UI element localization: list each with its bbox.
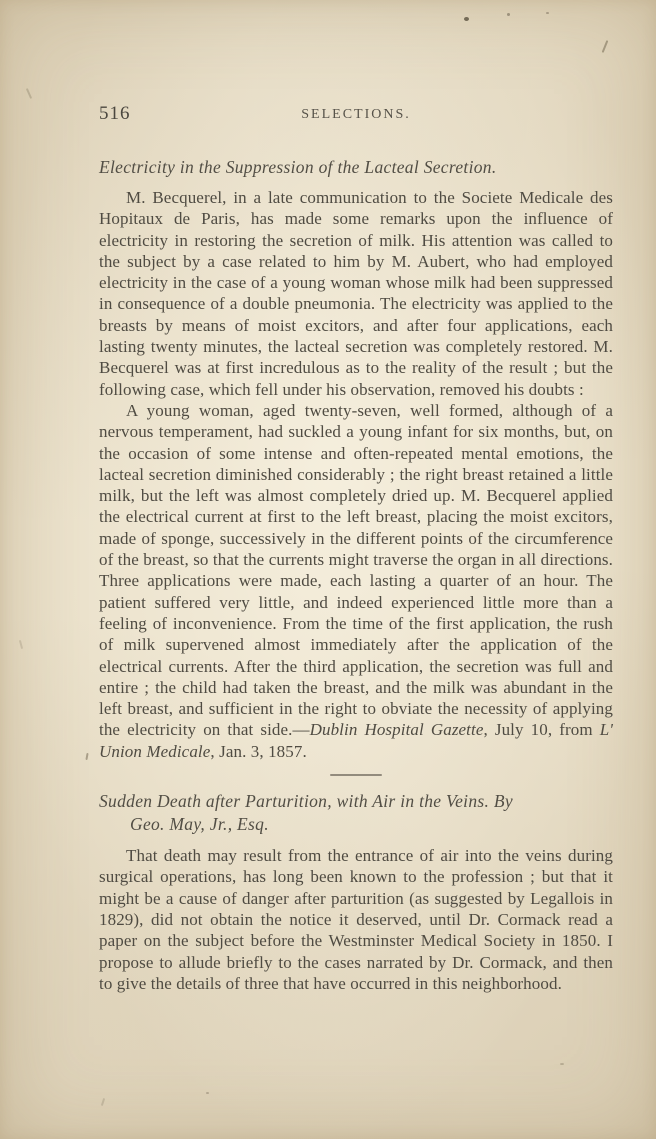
article-2-title-line-2: Geo. May, Jr., Esq.	[99, 813, 613, 836]
stray-mark	[19, 640, 23, 649]
stray-mark	[101, 1098, 105, 1106]
stray-mark	[602, 40, 609, 53]
article-2-paragraph-1: That death may result from the entrance …	[99, 845, 613, 994]
ink-speck	[206, 1092, 209, 1094]
page-content: Electricity in the Suppression of the La…	[99, 156, 613, 994]
citation-source-primary: Dublin Hospital Gazette	[310, 720, 484, 739]
stray-mark	[26, 88, 32, 99]
page-header: 516 SELECTIONS.	[99, 103, 613, 127]
article-1-title: Electricity in the Suppression of the La…	[99, 156, 613, 179]
citation-connector: , July 10, from	[483, 720, 599, 739]
running-head: SELECTIONS.	[99, 107, 613, 123]
article-2-title: Sudden Death after Parturition, with Air…	[99, 790, 613, 836]
case-report-text: A young woman, aged twenty-seven, well f…	[99, 401, 613, 739]
citation-date: , Jan. 3, 1857.	[210, 742, 306, 761]
stray-mark	[85, 753, 88, 760]
article-1-paragraph-1: M. Becquerel, in a late communication to…	[99, 187, 613, 400]
scanned-page: 516 SELECTIONS. Electricity in the Suppr…	[0, 0, 656, 1139]
section-divider-rule	[330, 774, 382, 776]
ink-speck	[507, 13, 510, 16]
article-2-title-line-1: Sudden Death after Parturition, with Air…	[99, 790, 613, 813]
article-1-paragraph-2: A young woman, aged twenty-seven, well f…	[99, 400, 613, 762]
ink-speck	[546, 12, 549, 14]
ink-speck	[464, 17, 469, 21]
ink-speck	[560, 1063, 564, 1065]
